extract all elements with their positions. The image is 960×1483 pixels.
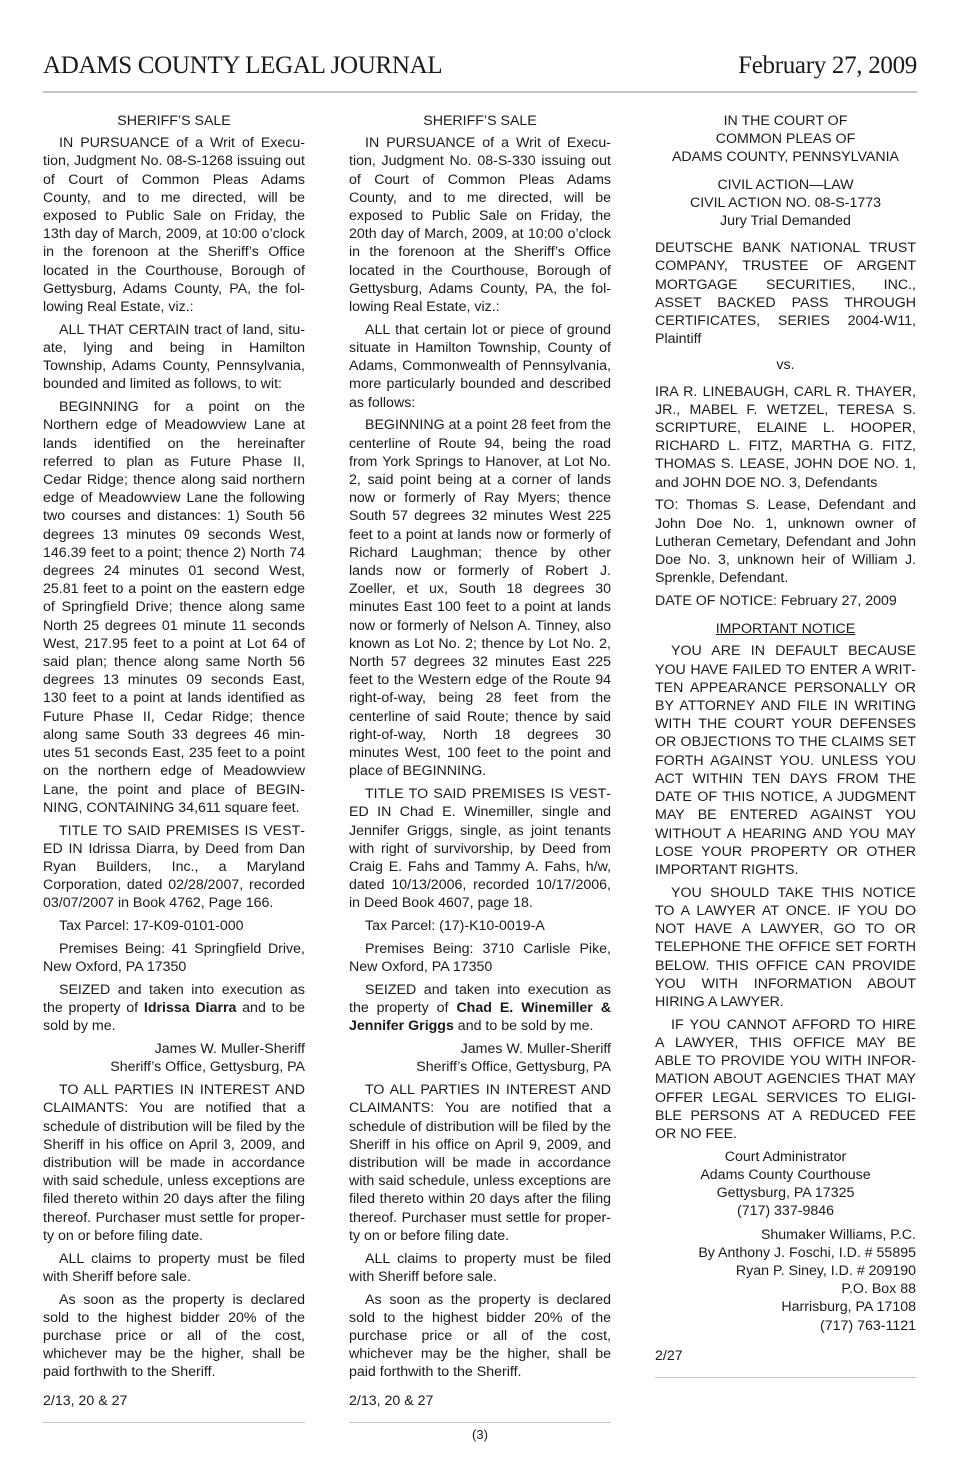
action-type: CIVIL ACTION—LAW [655, 176, 916, 194]
plaintiff: DEUTSCHE BANK NATIONAL TRUST COMPANY, TR… [655, 239, 916, 348]
claims-notice: ALL claims to property must be filed wit… [349, 1250, 611, 1286]
run-dates: 2/13, 20 & 27 [43, 1392, 305, 1410]
court-line: IN THE COURT OF [655, 112, 916, 130]
title-vesting: TITLE TO SAID PREMISES IS VEST­ED IN Idr… [43, 822, 305, 913]
attorney-block: Shumaker Williams, P.C. By Anthony J. Fo… [655, 1226, 916, 1335]
addressees: TO: Thomas S. Lease, Defendant and John … [655, 496, 916, 587]
issue-date: February 27, 2009 [738, 52, 917, 80]
lawyer-notice: YOU SHOULD TAKE THIS NOTICE TO A LAWYER … [655, 884, 916, 1011]
premises-address: Premises Being: 41 Springfield Drive, Ne… [43, 940, 305, 976]
property-paragraph: ALL THAT CERTAIN tract of land, situ­ate… [43, 321, 305, 394]
bidder-notice: As soon as the property is declared sold… [349, 1291, 611, 1382]
journal-title: ADAMS COUNTY LEGAL JOURNAL [43, 52, 442, 80]
sheriff-office: Sheriff’s Office, Gettysburg, PA [349, 1058, 611, 1076]
attorney-line: Ryan P. Siney, I.D. # 209190 [655, 1262, 916, 1280]
attorney-line: By Anthony J. Foschi, I.D. # 55895 [655, 1244, 916, 1262]
notice-sheriff-sale-1: SHERIFF’S SALE IN PURSUANCE of a Writ of… [43, 112, 305, 1423]
address-line: P.O. Box 88 [655, 1280, 916, 1298]
court-line: COMMON PLEAS OF [655, 130, 916, 148]
seized-statement: SEIZED and taken into execution as the p… [43, 981, 305, 1036]
jury-demand: Jury Trial Demanded [655, 212, 916, 230]
date-of-notice: DATE OF NOTICE: February 27, 2009 [655, 592, 916, 610]
claims-notice: ALL claims to property must be filed wit… [43, 1250, 305, 1286]
seized-text-end: and to be sold by me. [454, 1018, 594, 1034]
phone-number: (717) 763-1121 [655, 1317, 916, 1335]
notice-civil-action: IN THE COURT OF COMMON PLEAS OF ADAMS CO… [655, 112, 916, 1378]
defendants: IRA R. LINEBAUGH, CARL R. THAYER, JR., M… [655, 383, 916, 492]
legal-aid-notice: IF YOU CANNOT AFFORD TO HIRE A LAWYER, T… [655, 1016, 916, 1143]
court-line: ADAMS COUNTY, PENNSYLVANIA [655, 148, 916, 166]
masthead: ADAMS COUNTY LEGAL JOURNAL February 27, … [43, 52, 917, 80]
property-paragraph: ALL that certain lot or piece of ground … [349, 321, 611, 412]
court-administrator-address: Court Administrator Adams County Courtho… [655, 1148, 916, 1221]
address-line: Gettysburg, PA 17325 [655, 1184, 916, 1202]
distribution-notice: TO ALL PARTIES IN INTEREST AND CLAIMANTS… [43, 1081, 305, 1245]
page-number: (3) [0, 1427, 960, 1442]
tax-parcel: Tax Parcel: 17-K09-0101-000 [43, 917, 305, 935]
notice-divider [349, 1422, 611, 1423]
phone-number: (717) 337-9846 [655, 1202, 916, 1220]
seized-statement: SEIZED and taken into execution as the p… [349, 981, 611, 1036]
notice-divider [655, 1377, 916, 1378]
default-notice: YOU ARE IN DEFAULT BECAUSE YOU HAVE FAIL… [655, 642, 916, 879]
court-name: IN THE COURT OF COMMON PLEAS OF ADAMS CO… [655, 112, 916, 167]
sheriff-office: Sheriff’s Office, Gettysburg, PA [43, 1058, 305, 1076]
premises-address: Premises Being: 3710 Carlisle Pike, New … [349, 940, 611, 976]
address-line: Harrisburg, PA 17108 [655, 1298, 916, 1316]
owner-name: Idrissa Diarra [144, 1000, 237, 1016]
boundary-description: BEGINNING at a point 28 feet from the ce… [349, 416, 611, 780]
masthead-divider [43, 91, 917, 93]
bidder-notice: As soon as the property is declared sold… [43, 1291, 305, 1382]
law-firm: Shumaker Williams, P.C. [655, 1226, 916, 1244]
notice-heading: SHERIFF’S SALE [349, 112, 611, 130]
versus: vs. [655, 356, 916, 374]
sheriff-signature: James W. Muller-Sheriff [43, 1040, 305, 1058]
action-number: CIVIL ACTION NO. 08-S-1773 [655, 194, 916, 212]
important-notice-heading: IMPORTANT NOTICE [655, 620, 916, 638]
notice-sheriff-sale-2: SHERIFF’S SALE IN PURSUANCE of a Writ of… [349, 112, 611, 1423]
notice-heading: SHERIFF’S SALE [43, 112, 305, 130]
sheriff-signature: James W. Muller-Sheriff [349, 1040, 611, 1058]
notice-divider [43, 1422, 305, 1423]
tax-parcel: Tax Parcel: (17)-K10-0019-A [349, 917, 611, 935]
address-line: Court Administrator [655, 1148, 916, 1166]
boundary-description: BEGINNING for a point on the Northern ed… [43, 398, 305, 817]
run-dates: 2/27 [655, 1347, 916, 1365]
writ-paragraph: IN PURSUANCE of a Writ of Execu­tion, Ju… [43, 134, 305, 316]
distribution-notice: TO ALL PARTIES IN INTEREST AND CLAIMANTS… [349, 1081, 611, 1245]
run-dates: 2/13, 20 & 27 [349, 1392, 611, 1410]
writ-paragraph: IN PURSUANCE of a Writ of Execu­tion, Ju… [349, 134, 611, 316]
title-vesting: TITLE TO SAID PREMISES IS VEST­ED IN Cha… [349, 785, 611, 912]
address-line: Adams County Courthouse [655, 1166, 916, 1184]
action-caption: CIVIL ACTION—LAW CIVIL ACTION NO. 08-S-1… [655, 176, 916, 231]
